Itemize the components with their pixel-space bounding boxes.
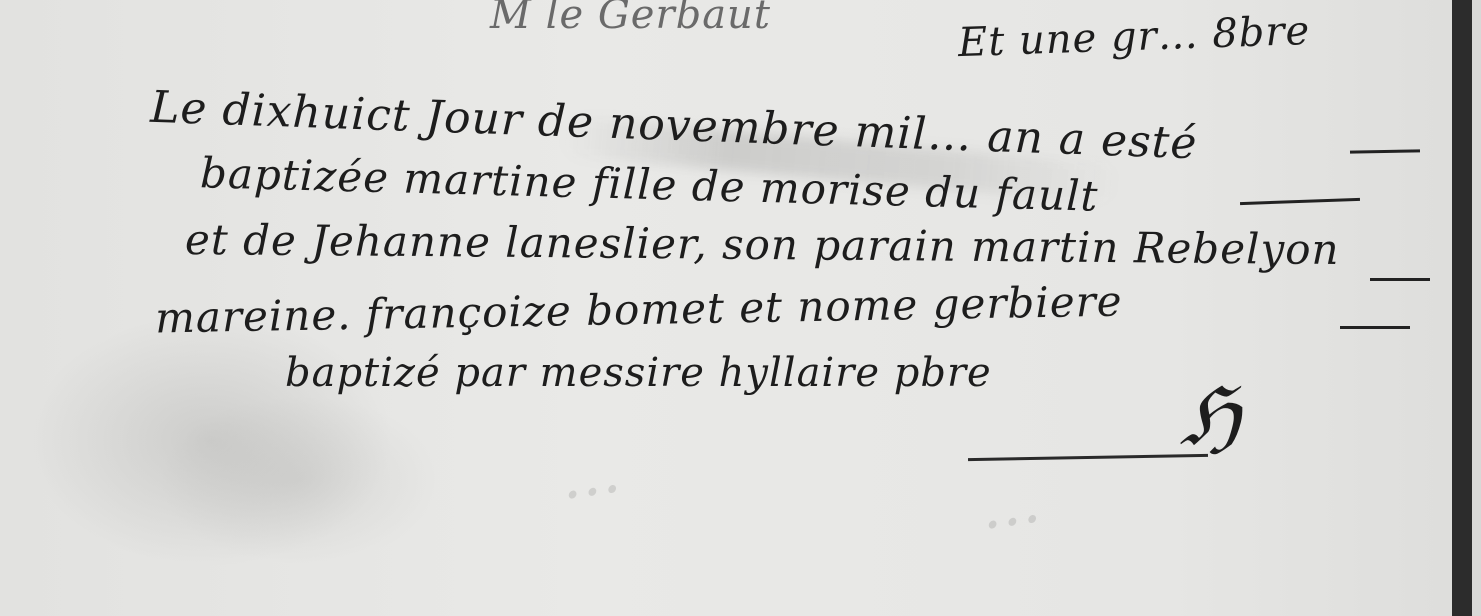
margin-note: Et une gr… 8bre (957, 8, 1311, 66)
priest-signature-mark: ℌ (1180, 370, 1240, 463)
line-filler-stroke (1340, 326, 1410, 329)
document-page: … … M le Gerbaut Et une gr… 8bre Le dixh… (0, 0, 1452, 616)
bleed-through-text: … (555, 436, 624, 514)
line-filler-stroke (1240, 198, 1360, 205)
entry-line-4: mareine. françoize bomet et nome gerbier… (155, 277, 1123, 343)
line-filler-stroke (1350, 149, 1420, 153)
scan-margin (1472, 0, 1481, 616)
signature-underline (968, 454, 1208, 461)
line-filler-stroke (1370, 278, 1430, 281)
page-edge-binding (1452, 0, 1472, 616)
entry-line-3: et de Jehanne laneslier, son parain mart… (185, 215, 1340, 274)
bleed-through-text: … (975, 466, 1044, 544)
entry-line-5: baptizé par messire hyllaire pbre (285, 350, 992, 396)
faded-header-text: M le Gerbaut (490, 0, 771, 38)
